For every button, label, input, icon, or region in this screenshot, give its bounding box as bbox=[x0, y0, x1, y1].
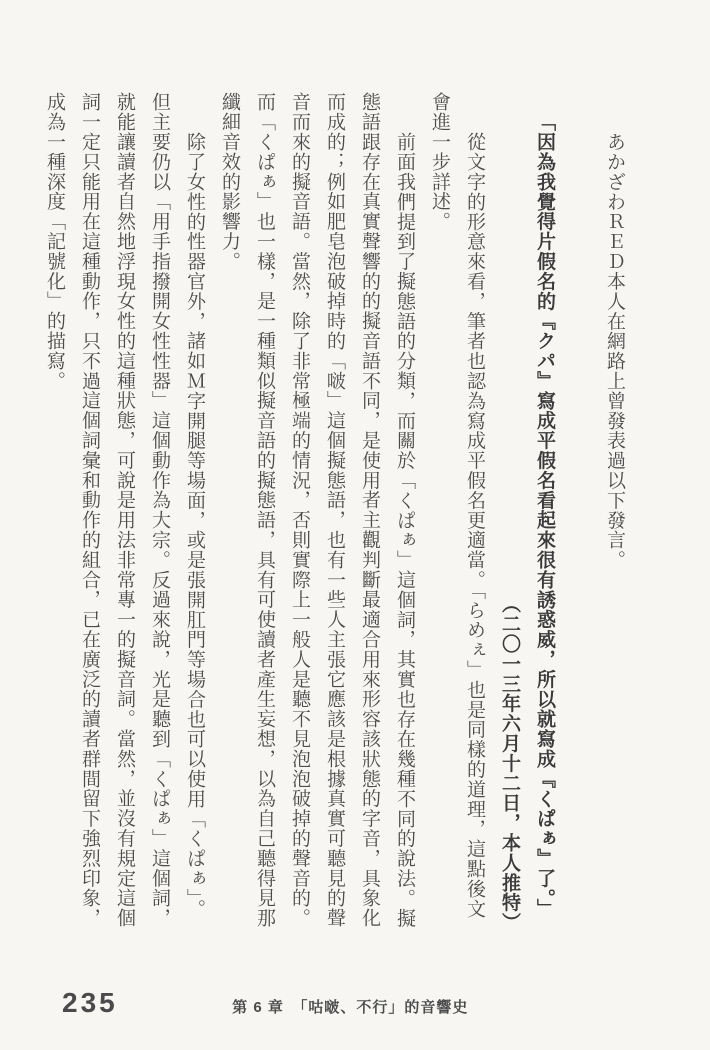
text-column: 除了女性的性器官外，諸如Ｍ字開腿等場面，或是張開肛門等場合也可以使用「くぱぁ」。 bbox=[177, 92, 212, 932]
text-column: 但主要仍以「用手指撥開女性性器」這個動作為大宗。反過來說，光是聽到「くぱぁ」這個… bbox=[142, 92, 177, 932]
text-column: 詞一定只能用在這種動作，只不過這個詞彙和動作的組合，已在廣泛的讀者群間留下強烈印… bbox=[72, 92, 107, 932]
chapter-footer: 第 6 章 「咕啵、不行」的音響史 bbox=[232, 996, 468, 1017]
text-column: 從文字的形意來看，筆者也認為寫成平假名更適當。「らめぇ」也是同樣的道理，這點後文 bbox=[457, 92, 492, 932]
text-column: 而成的；例如肥皂泡破掉時的「啵」這個擬態語，也有一些人主張它應該是根據真實可聽見… bbox=[317, 92, 352, 932]
text-column: 成為一種深度「記號化」的描寫。 bbox=[37, 92, 72, 932]
text-column: 前面我們提到了擬態語的分類，而關於「くぱぁ」這個詞，其實也存在幾種不同的說法。擬 bbox=[387, 92, 422, 932]
text-column: （二〇一三年六月十二日，本人推特） bbox=[492, 92, 527, 962]
book-page: あかざわＲＥＤ本人在網路上曾發表過以下發言。 「因為我覺得片假名的『クパ』寫成平… bbox=[0, 0, 710, 1050]
body-text-area: あかざわＲＥＤ本人在網路上曾發表過以下發言。 「因為我覺得片假名的『クパ』寫成平… bbox=[37, 92, 632, 932]
text-column: あかざわＲＥＤ本人在網路上曾發表過以下發言。 bbox=[597, 92, 632, 932]
text-column: 會進一步詳述。 bbox=[422, 92, 457, 932]
text-column: 「因為我覺得片假名的『クパ』寫成平假名看起來很有誘惑威，所以就寫成『くぱぁ』了。… bbox=[527, 92, 562, 932]
text-column: 而「くぱぁ」也一樣，是一種類似擬音語的擬態語，具有可使讀者產生妄想，以為自己聽得… bbox=[247, 92, 282, 932]
text-column: 就能讓讀者自然地浮現女性的這種狀態，可說是用法非常專一的擬音詞。當然，並沒有規定… bbox=[107, 92, 142, 932]
text-column: 音而來的擬音語。當然，除了非常極端的情況，否則實際上一般人是聽不見泡泡破掉的聲音… bbox=[282, 92, 317, 932]
page-footer: 235 第 6 章 「咕啵、不行」的音響史 bbox=[0, 985, 710, 1030]
text-column: 態語跟存在真實聲響的的擬音語不同，是使用者主觀判斷最適合用來形容該狀態的字音，具… bbox=[352, 92, 387, 932]
text-column: 纖細音效的影響力。 bbox=[212, 92, 247, 932]
page-number: 235 bbox=[62, 987, 118, 1019]
